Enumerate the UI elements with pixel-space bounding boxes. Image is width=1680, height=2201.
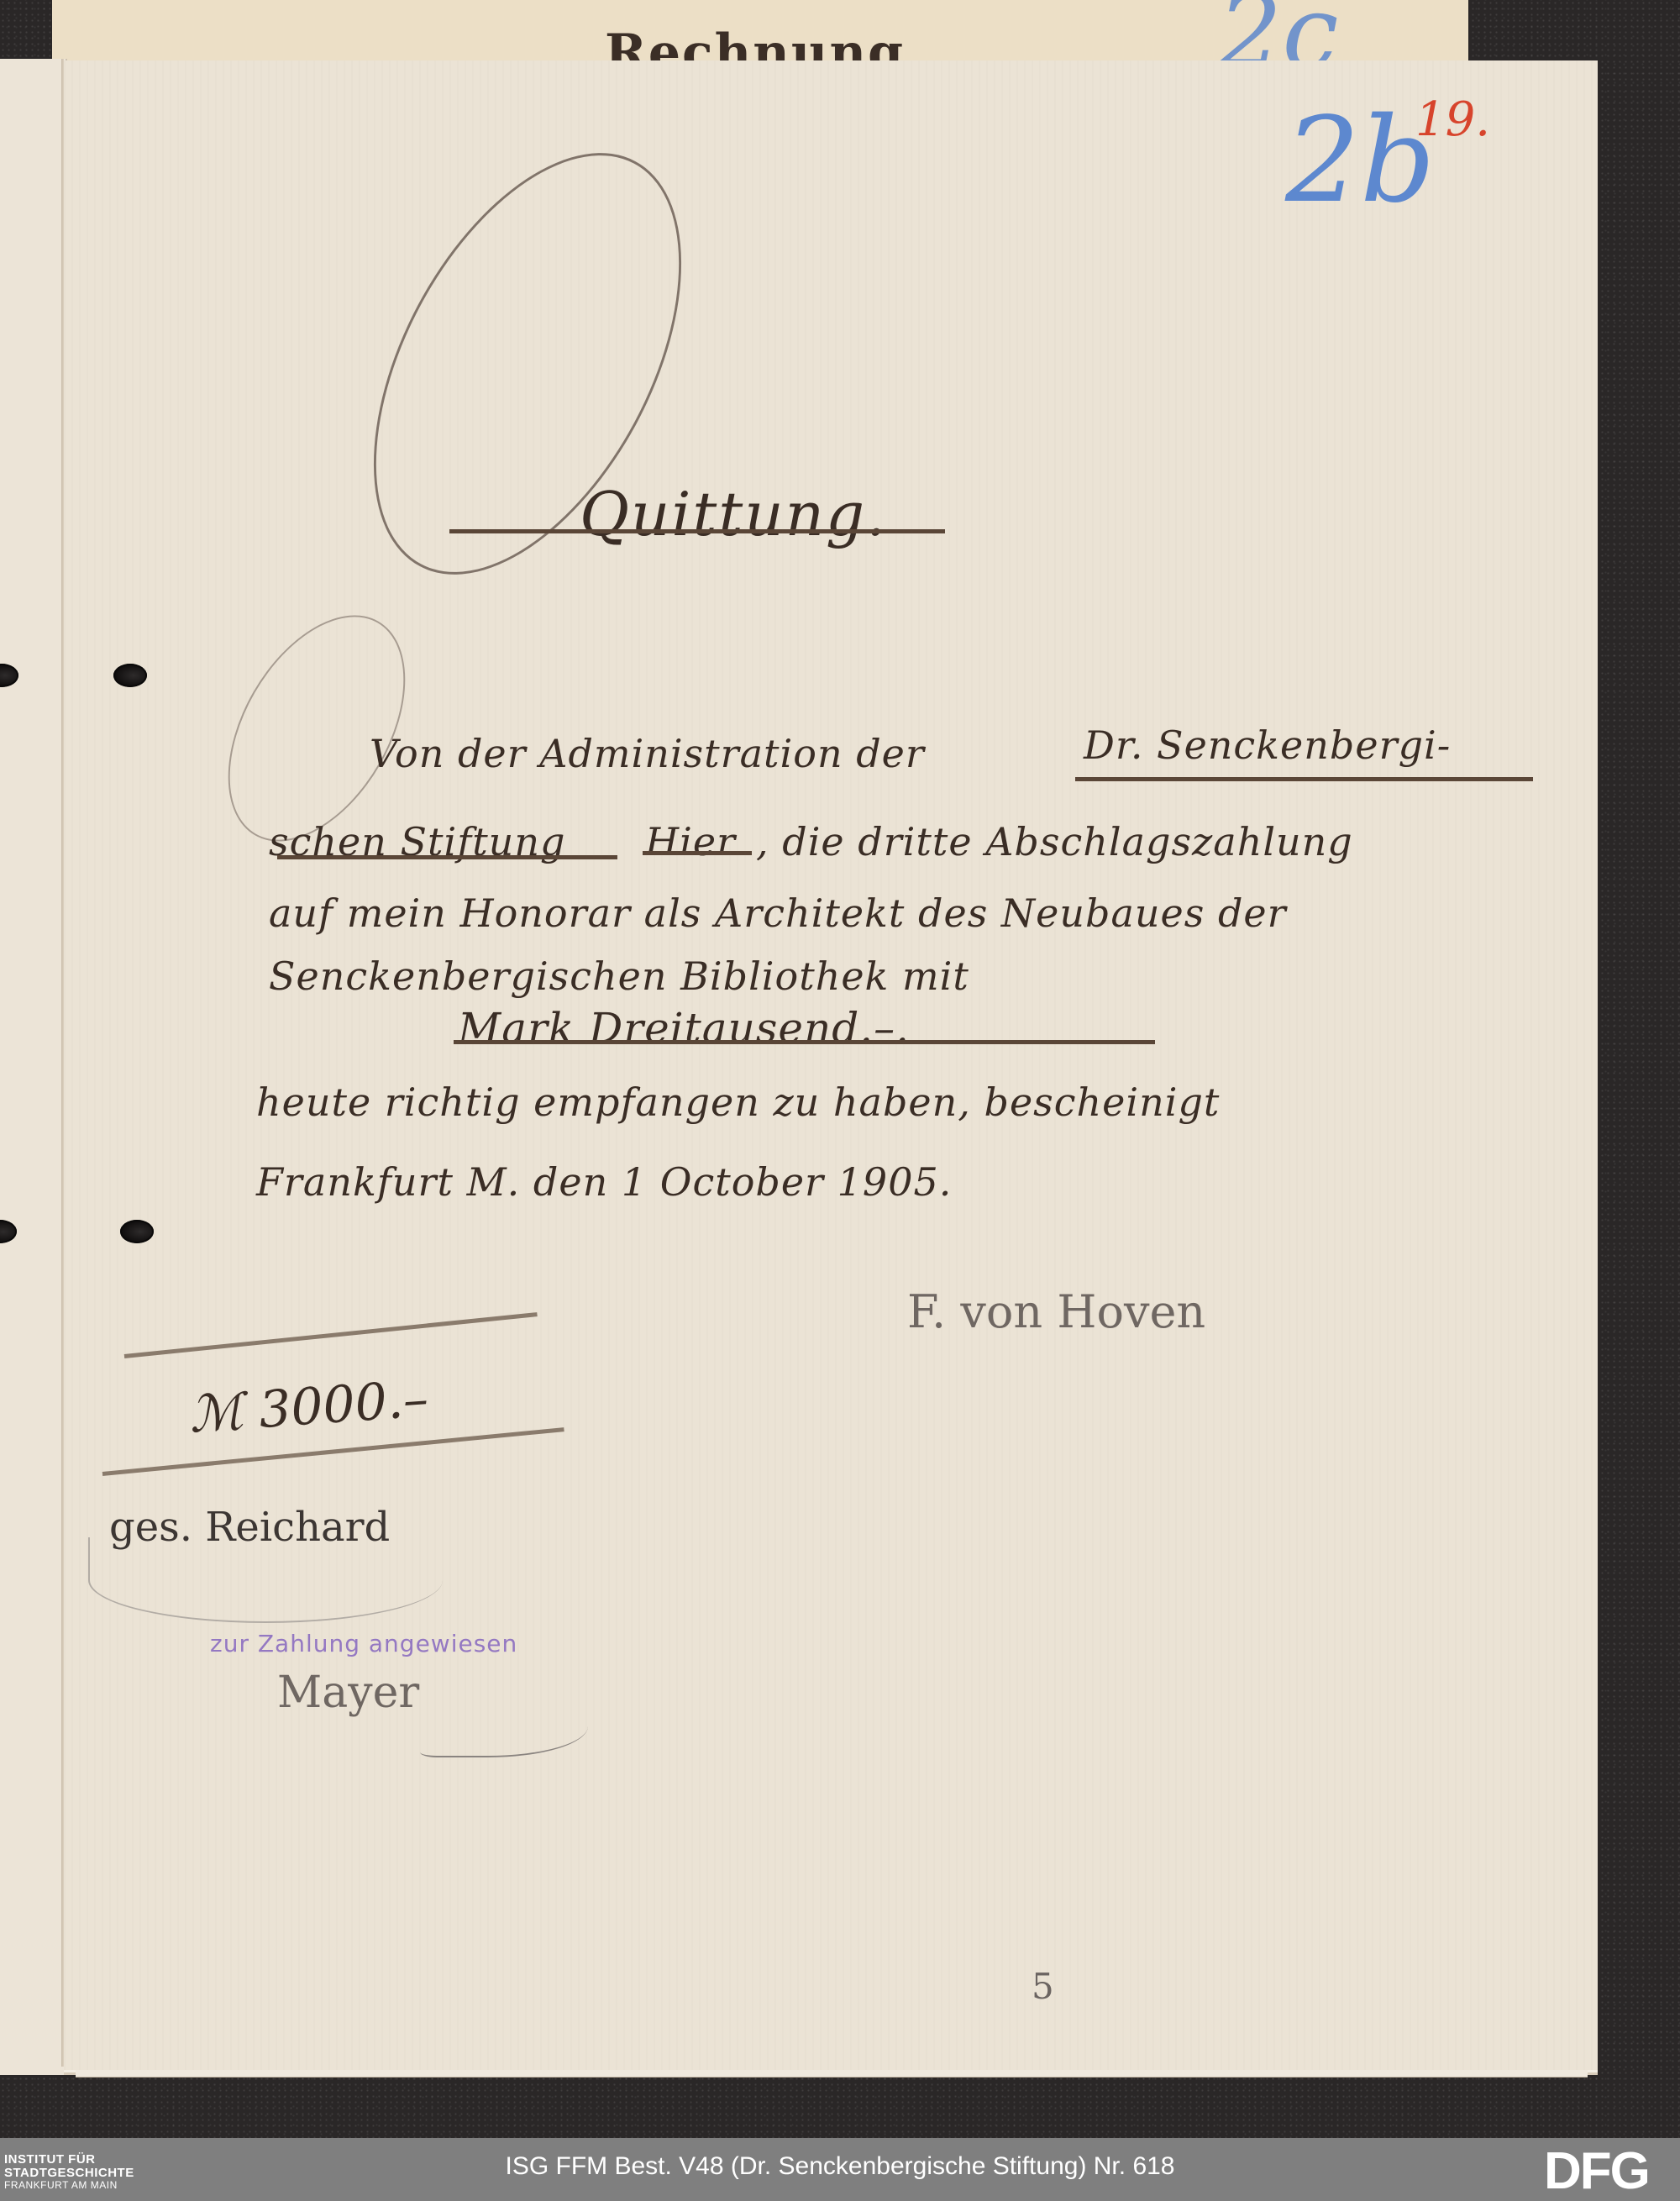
document-title: Quittung. [580, 479, 887, 549]
archive-caption: ISG FFM Best. V48 (Dr. Senckenbergische … [0, 2152, 1680, 2181]
signature-flourish [88, 1537, 443, 1623]
amount-in-words: Mark Dreitausend.–. [458, 1004, 910, 1053]
backing-sheet-blue-mark: 2c [1218, 0, 1339, 60]
title-underline [449, 529, 945, 533]
underline-hier [643, 851, 752, 855]
body-line-4: Senckenbergischen Bibliothek mit [269, 953, 969, 999]
folio-number-blue: 2b [1285, 92, 1436, 229]
binding-fold [61, 59, 64, 2067]
body-line-2-rest: , die dritte Abschlagszahlung [756, 819, 1353, 864]
date-line: Frankfurt M. den 1 October 1905. [256, 1159, 952, 1205]
dfg-logo: DFG [1544, 2146, 1649, 2198]
page-stack-edge [76, 2070, 1588, 2078]
page-number: 5 [1032, 1966, 1054, 2007]
institution-line-3: FRANKFURT AM MAIN [4, 2180, 134, 2191]
receipt-page [64, 60, 1598, 2070]
payment-stamp: zur Zahlung angewiesen [210, 1630, 517, 1657]
folio-number-red: 19. [1415, 92, 1490, 147]
backing-sheet-heading: Rechnung [605, 15, 905, 62]
signature-architect: F. von Hoven [907, 1285, 1205, 1338]
punch-hole-icon [113, 664, 147, 687]
underline-amount-words [454, 1040, 1155, 1044]
body-line-1: Von der Administration der [370, 731, 925, 776]
body-line-6: heute richtig empfangen zu haben, besche… [256, 1079, 1220, 1125]
body-line-3: auf mein Honorar als Architekt des Neuba… [269, 890, 1287, 936]
adjacent-left-page [0, 59, 67, 2075]
signature-stamp: Mayer [277, 1668, 419, 1718]
punch-hole-icon [120, 1220, 154, 1243]
underline-senckenberg [1075, 777, 1533, 781]
underline-stiftung [277, 855, 617, 859]
body-line-2-hier: Hier [645, 819, 736, 864]
body-line-1-name: Dr. Senckenbergi- [1084, 722, 1451, 768]
